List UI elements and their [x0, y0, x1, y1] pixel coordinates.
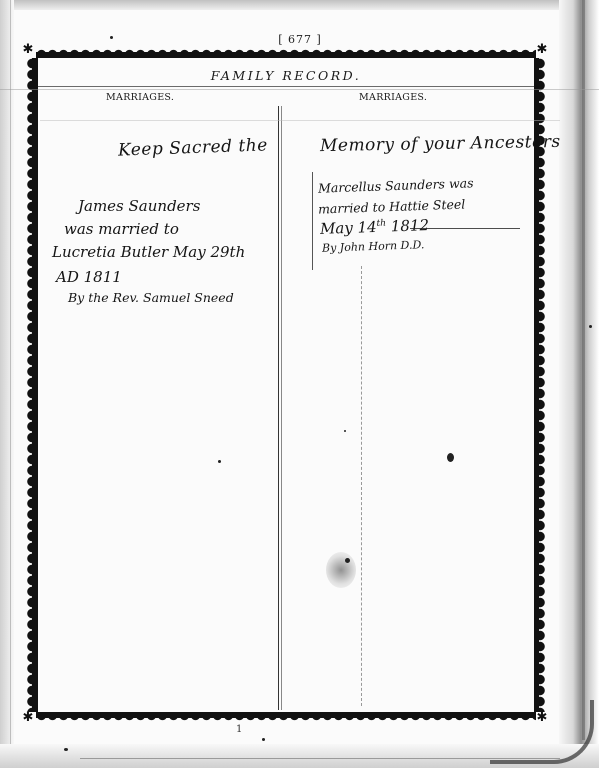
stain: [326, 552, 356, 588]
page-title: FAMILY RECORD.: [26, 68, 546, 83]
scanned-page: [ 677 ] ✱ ✱ ✱ ✱ FAMILY RECORD. MARRIAGES…: [0, 0, 599, 768]
handwritten-heading-right: Memory of your Ancestors: [320, 132, 561, 156]
speck: [344, 430, 346, 432]
left-entry-line-4: AD 1811: [56, 268, 122, 286]
corner-star-icon: ✱: [22, 44, 34, 56]
right-entry-date-suffix: th: [376, 219, 386, 229]
scan-line: [40, 120, 560, 121]
right-entry-date: May 14: [320, 218, 377, 238]
ornament-border-right: [534, 58, 546, 712]
corner-star-icon: ✱: [22, 712, 34, 724]
left-entry-line-1: James Saunders: [78, 197, 200, 215]
corner-star-icon: ✱: [536, 44, 548, 56]
entry-bracket-line: [312, 172, 313, 270]
ink-spot: [345, 558, 350, 563]
speck: [64, 748, 68, 751]
faint-divider: [361, 266, 362, 706]
left-entry-line-3: Lucretia Butler May 29th: [52, 243, 245, 261]
right-entry-line-3: May 14th 1812: [320, 216, 430, 238]
left-entry-line-2: was married to: [64, 220, 179, 238]
left-entry-line-5: By the Rev. Samuel Sneed: [68, 290, 234, 305]
scan-line: [80, 758, 560, 759]
speck: [589, 325, 592, 328]
scan-edge-left: [0, 0, 14, 768]
scan-edge-top: [0, 0, 599, 10]
page-edge-right: [559, 0, 599, 768]
underline-stroke: [410, 228, 520, 229]
speck: [218, 460, 221, 463]
right-entry-year: 1812: [386, 216, 430, 235]
column-heading-right: MARRIAGES.: [359, 92, 427, 103]
scan-line: [0, 89, 599, 90]
page-crease: [582, 0, 585, 740]
speck: [262, 738, 265, 741]
ornament-border-bottom: [36, 712, 536, 724]
ornament-border-left: [26, 58, 38, 712]
signature-mark: 1: [236, 724, 242, 735]
page-number: [ 677 ]: [250, 33, 350, 46]
column-heading-left: MARRIAGES.: [106, 92, 174, 103]
corner-star-icon: ✱: [536, 712, 548, 724]
column-divider: [278, 106, 282, 710]
speck: [110, 36, 113, 39]
title-rule: [38, 86, 534, 87]
ink-spot: [447, 453, 454, 462]
ornament-border-top: [36, 46, 536, 58]
scan-edge-left-line: [10, 0, 11, 768]
